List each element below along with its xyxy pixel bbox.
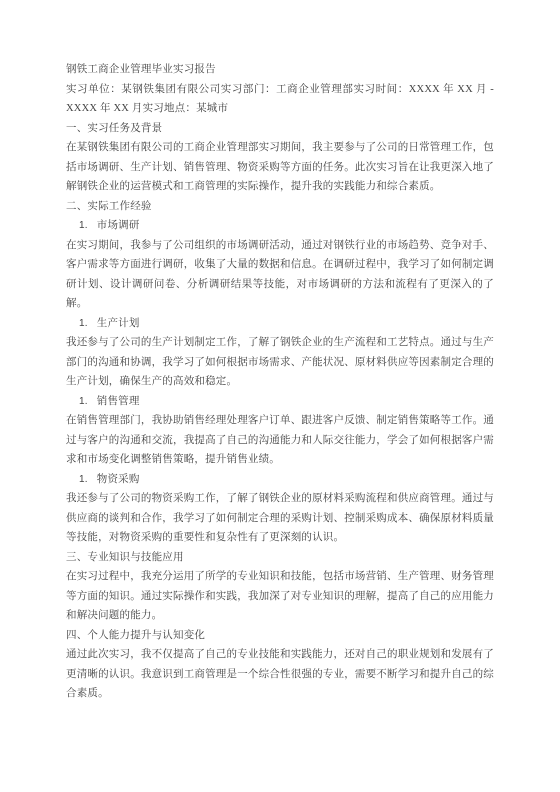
section-heading-work-experience: 二、实际工作经验 [66, 197, 494, 217]
list-item-label: 物资采购 [97, 474, 140, 485]
paragraph-market-research: 在实习期间，我参与了公司组织的市场调研活动，通过对钢铁行业的市场趋势、竞争对手、… [66, 236, 494, 314]
section-heading-personal-growth: 四、个人能力提升与认知变化 [66, 626, 494, 646]
list-item-label: 销售管理 [97, 396, 140, 407]
list-item-number: 1. [79, 470, 88, 490]
document-page: 钢铁工商企业管理毕业实习报告 实习单位：某钢铁集团有限公司实习部门：工商企业管理… [66, 60, 494, 704]
list-item-material-procurement: 1.物资采购 [66, 470, 494, 490]
section-heading-tasks-background: 一、实习任务及背景 [66, 119, 494, 139]
list-item-production-planning: 1.生产计划 [66, 314, 494, 334]
list-item-number: 1. [79, 314, 88, 334]
document-title: 钢铁工商企业管理毕业实习报告 [66, 60, 494, 80]
internship-meta-line: 实习单位：某钢铁集团有限公司实习部门：工商企业管理部实习时间：XXXX 年 XX… [66, 80, 494, 119]
list-item-number: 1. [79, 392, 88, 412]
list-item-label: 生产计划 [97, 318, 140, 329]
paragraph-material-procurement: 我还参与了公司的物资采购工作，了解了钢铁企业的原材料采购流程和供应商管理。通过与… [66, 489, 494, 548]
list-item-label: 市场调研 [97, 220, 140, 231]
list-item-number: 1. [79, 216, 88, 236]
section-heading-knowledge-skills: 三、专业知识与技能应用 [66, 548, 494, 568]
paragraph-sales-management: 在销售管理部门，我协助销售经理处理客户订单、跟进客户反馈、制定销售策略等工作。通… [66, 411, 494, 470]
paragraph-personal-growth: 通过此次实习，我不仅提高了自己的专业技能和实践能力，还对自己的职业规划和发展有了… [66, 645, 494, 704]
list-item-market-research: 1.市场调研 [66, 216, 494, 236]
paragraph-tasks-background: 在某钢铁集团有限公司的工商企业管理部实习期间，我主要参与了公司的日常管理工作，包… [66, 138, 494, 197]
list-item-sales-management: 1.销售管理 [66, 392, 494, 412]
paragraph-knowledge-skills: 在实习过程中，我充分运用了所学的专业知识和技能，包括市场营销、生产管理、财务管理… [66, 567, 494, 626]
paragraph-production-planning: 我还参与了公司的生产计划制定工作，了解了钢铁企业的生产流程和工艺特点。通过与生产… [66, 333, 494, 392]
